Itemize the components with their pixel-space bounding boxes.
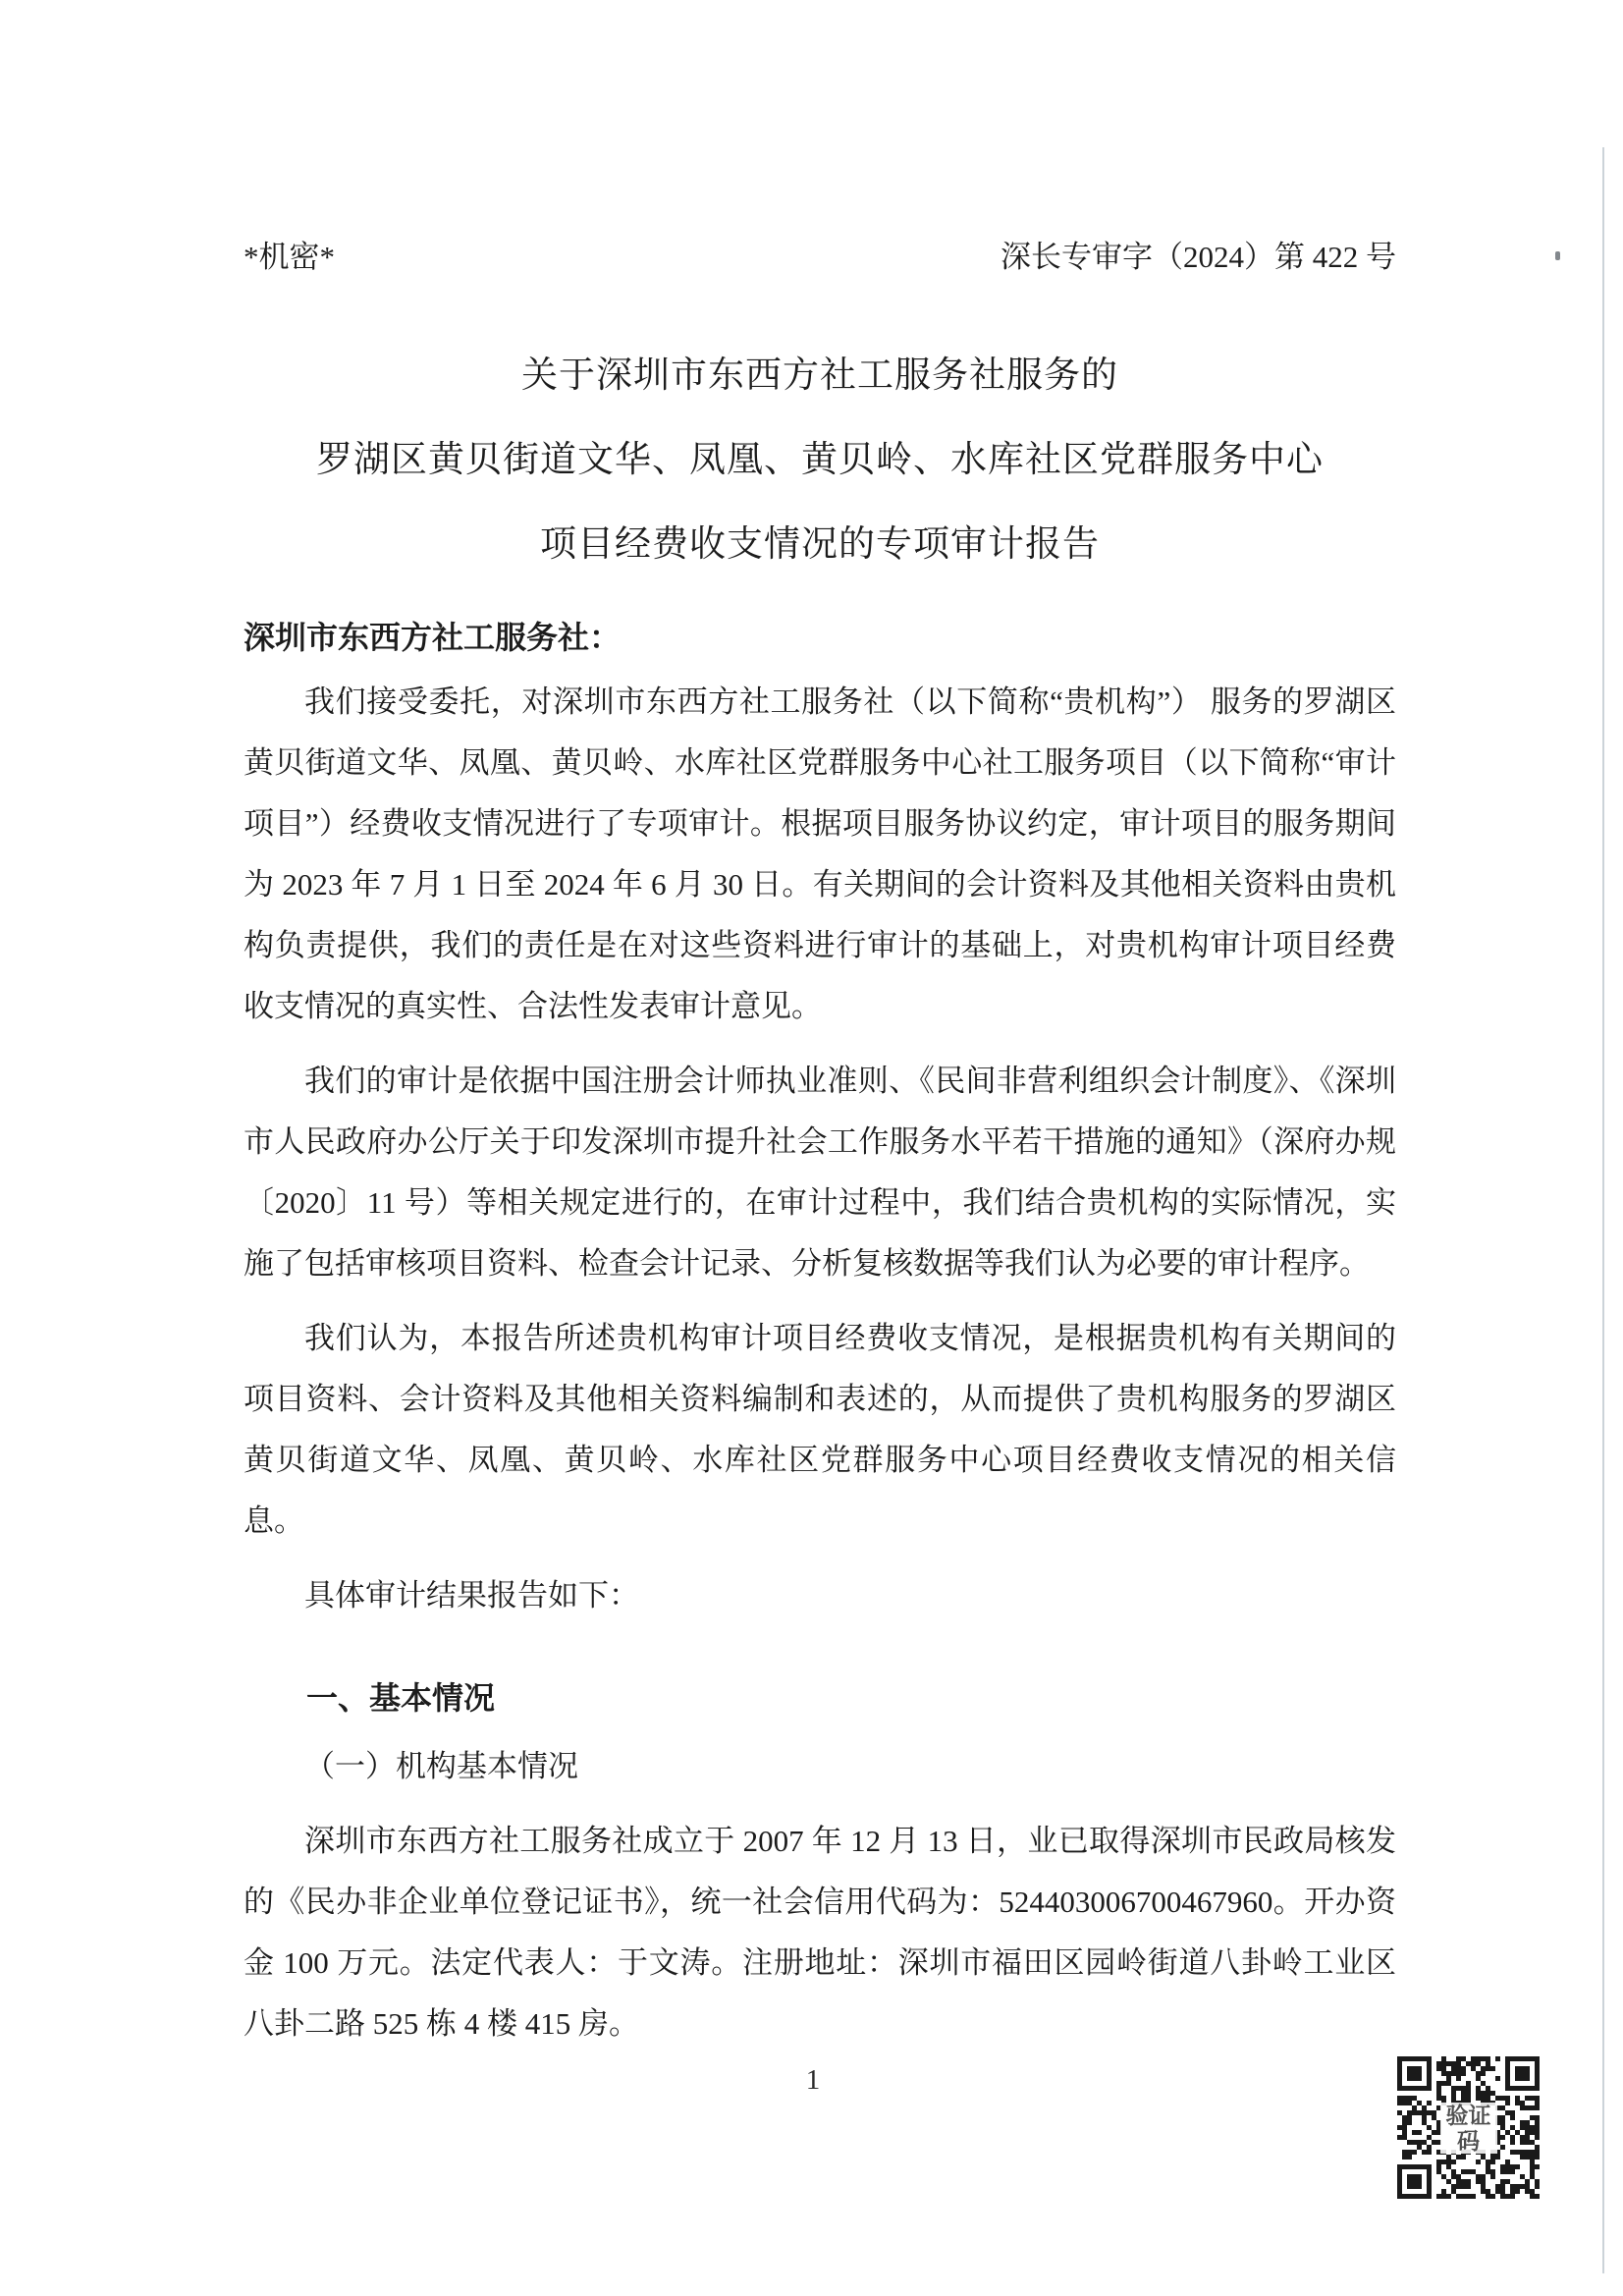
qr-center-label: 验证码 (1440, 2103, 1497, 2154)
document-page: *机密* 深长专审字（2024）第 422 号 关于深圳市东西方社工服务社服务的… (0, 0, 1623, 2296)
title-line-2: 罗湖区黄贝街道文华、凤凰、黄贝岭、水库社区党群服务中心 (243, 418, 1396, 503)
page-number: 1 (243, 2064, 1382, 2097)
addressee-salutation: 深圳市东西方社工服务社： (243, 617, 1396, 658)
scan-artifact-line (1602, 147, 1604, 2273)
paragraph-audit-basis: 我们的审计是依据中国注册会计师执业准则、《民间非营利组织会计制度》、《深圳市人民… (243, 1051, 1396, 1294)
document-header: *机密* 深长专审字（2024）第 422 号 (243, 236, 1396, 279)
scan-artifact-speck (1555, 251, 1560, 260)
section-heading-basic-info: 一、基本情况 (243, 1667, 1396, 1728)
title-line-1: 关于深圳市东西方社工服务社服务的 (243, 334, 1396, 418)
classification-label: *机密* (243, 236, 335, 279)
document-number: 深长专审字（2024）第 422 号 (1001, 236, 1396, 279)
title-line-3: 项目经费收支情况的专项审计报告 (243, 503, 1396, 587)
document-title: 关于深圳市东西方社工服务社服务的 罗湖区黄贝街道文华、凤凰、黄贝岭、水库社区党群… (243, 334, 1396, 587)
paragraph-engagement: 我们接受委托，对深圳市东西方社工服务社（以下简称“贵机构”） 服务的罗湖区黄贝街… (243, 672, 1396, 1037)
subsection-heading-org-basic-info: （一）机构基本情况 (243, 1736, 1396, 1797)
verification-qr-code: 验证码 (1397, 2056, 1540, 2199)
paragraph-lead-in: 具体审计结果报告如下： (243, 1565, 1396, 1626)
paragraph-org-basic-info: 深圳市东西方社工服务社成立于 2007 年 12 月 13 日，业已取得深圳市民… (243, 1811, 1396, 2054)
page-content: *机密* 深长专审字（2024）第 422 号 关于深圳市东西方社工服务社服务的… (243, 0, 1396, 2054)
paragraph-audit-opinion: 我们认为，本报告所述贵机构审计项目经费收支情况，是根据贵机构有关期间的项目资料、… (243, 1308, 1396, 1552)
